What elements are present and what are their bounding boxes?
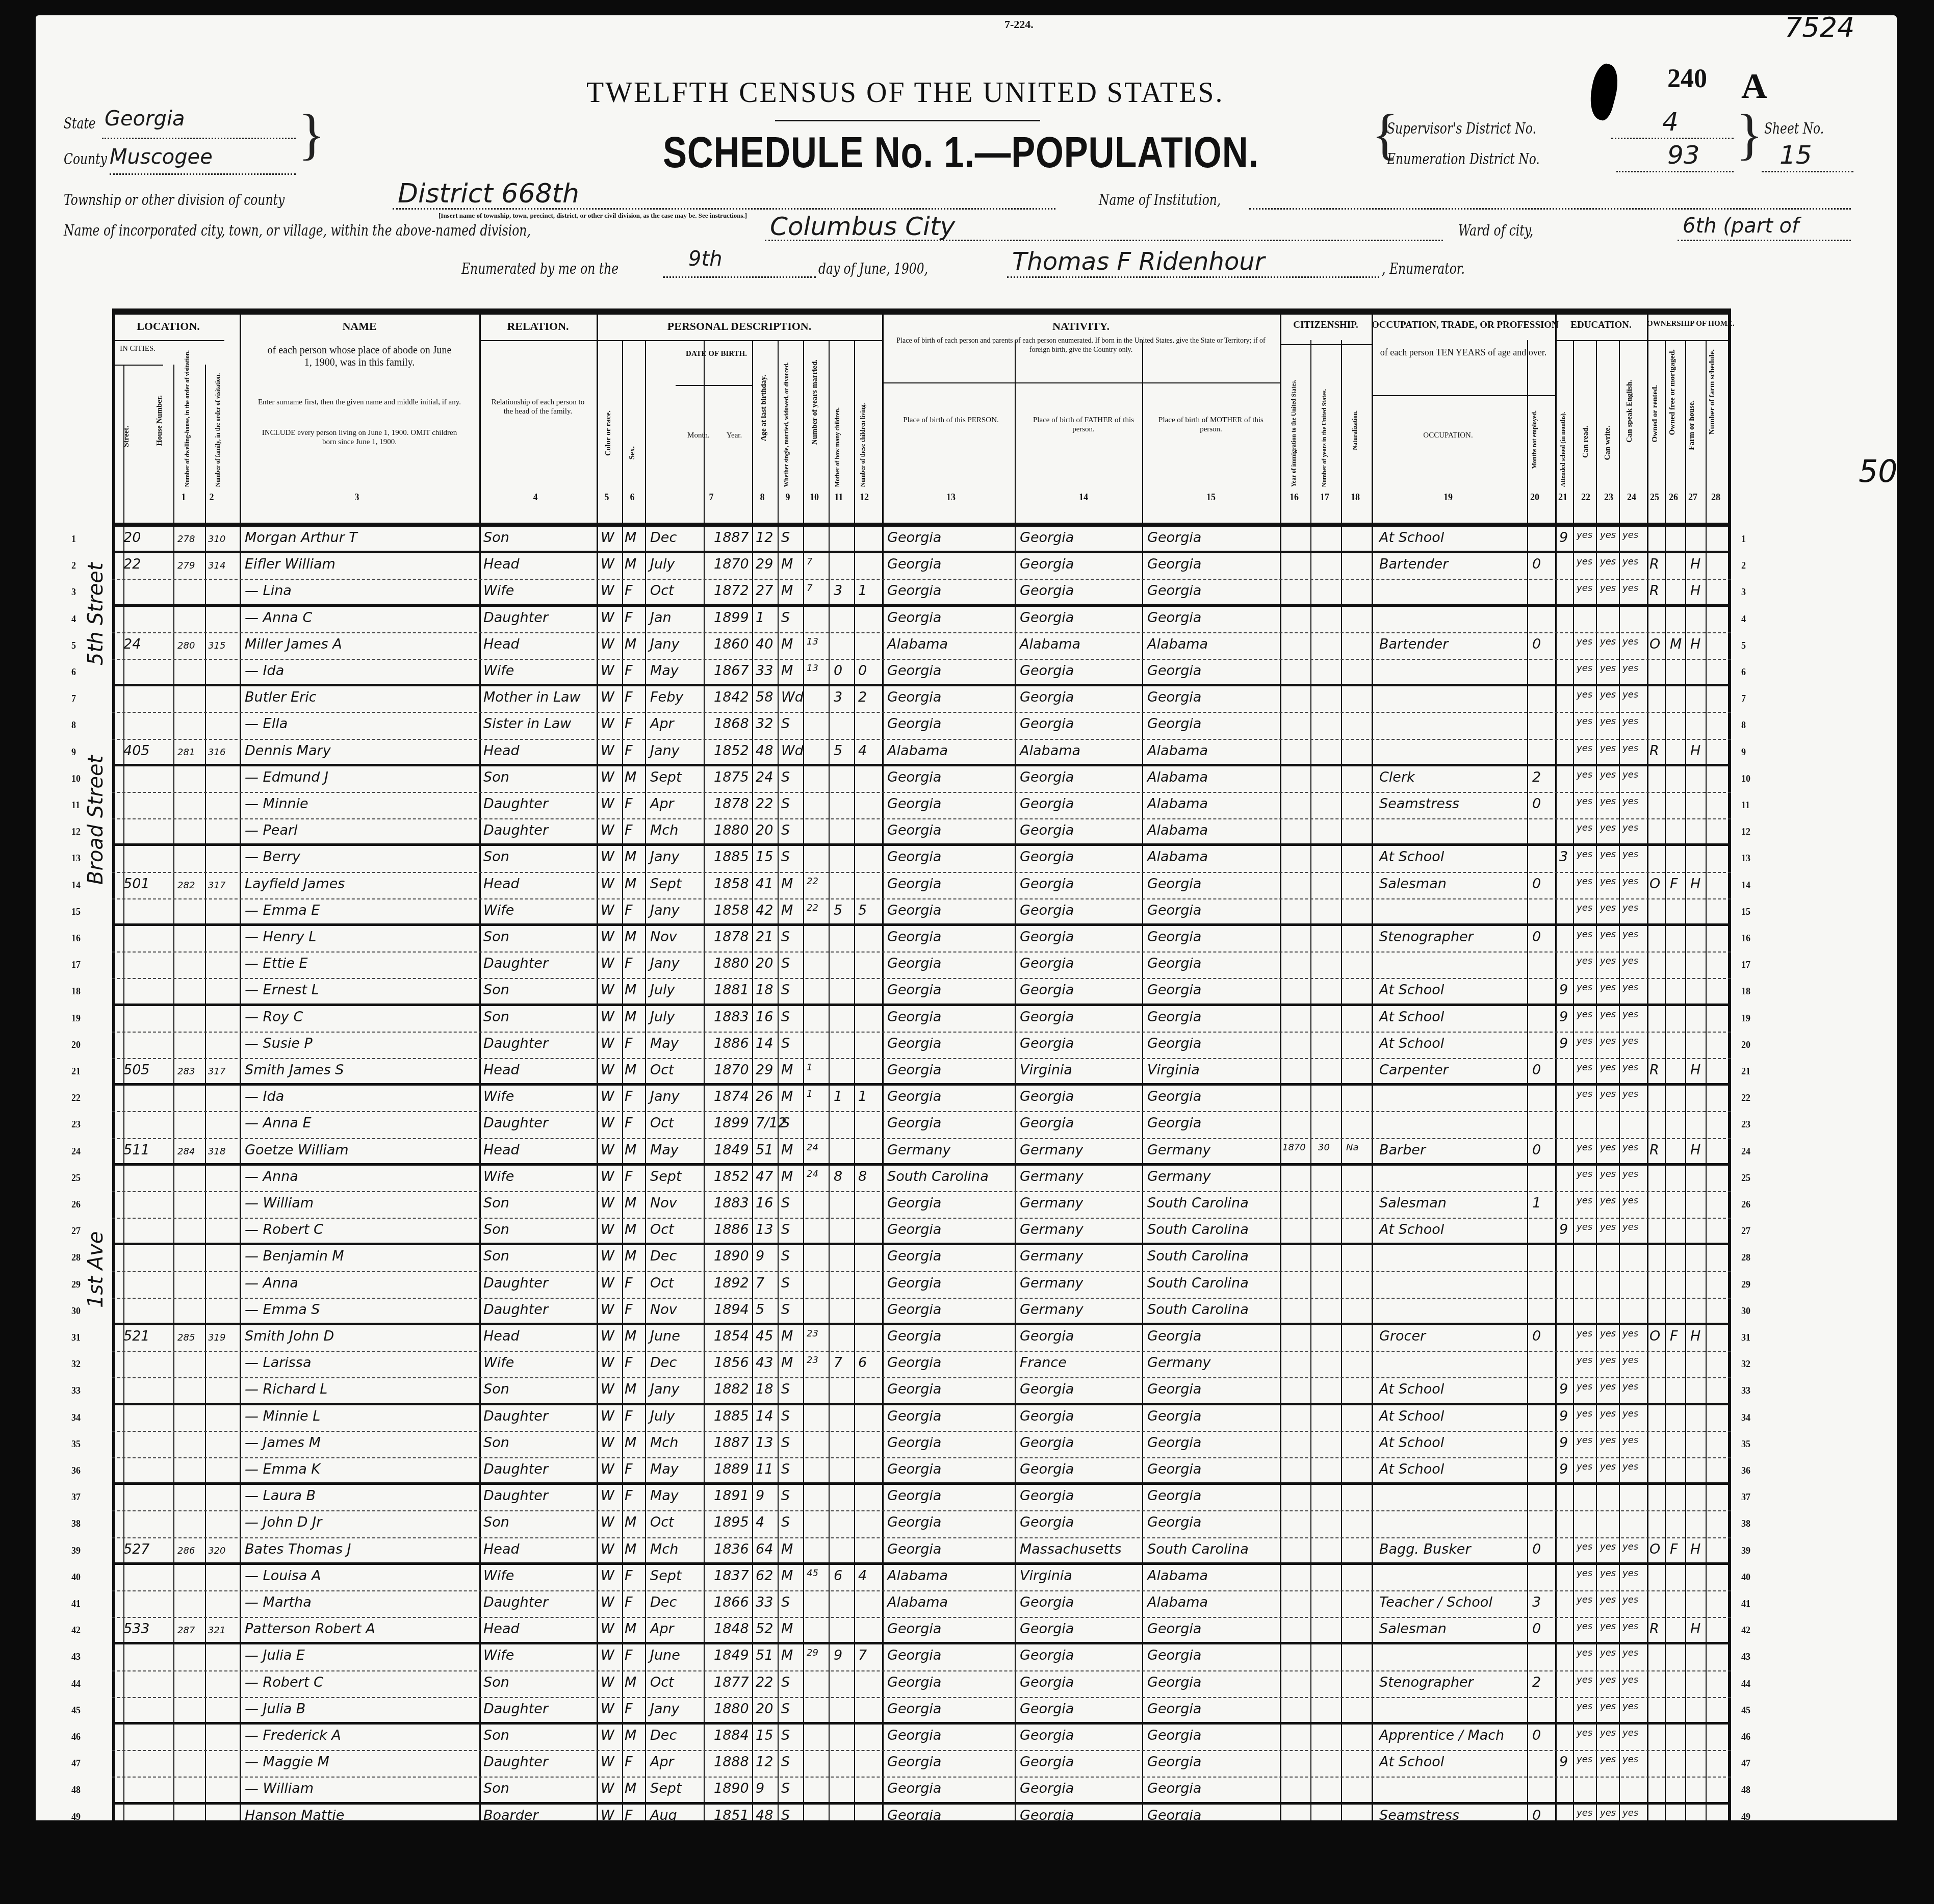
can-speak-english-cell: yes (1622, 1728, 1638, 1738)
can-write-cell: yes (1600, 769, 1616, 780)
line-number-left: 23 (71, 1119, 81, 1130)
birth-year-cell: 1852 (714, 1169, 749, 1185)
can-read-cell: yes (1577, 663, 1592, 674)
nativity-description: Place of birth of each person and parent… (887, 337, 1275, 355)
line-number-left: 22 (71, 1093, 81, 1103)
col-num: 13 (941, 492, 961, 503)
birthplace-person-cell: Georgia (887, 876, 941, 892)
birth-year-cell: 1874 (714, 1089, 749, 1104)
can-write-cell: yes (1600, 1675, 1616, 1685)
line-number: 4 (1741, 614, 1746, 625)
relation-cell: Daughter (483, 1701, 548, 1717)
mother-of-cell: 8 (834, 1169, 842, 1185)
birthplace-father-cell: Georgia (1020, 1701, 1074, 1717)
line-number: 12 (1741, 827, 1750, 837)
sex-cell: F (625, 689, 633, 705)
can-read-cell: yes (1577, 1435, 1592, 1446)
birthplace-person-cell: Georgia (887, 1488, 941, 1504)
mother-of-cell: 3 (834, 689, 842, 705)
birth-year-cell: 1856 (714, 1355, 749, 1371)
dwelling-number-cell: 282 (177, 880, 195, 891)
birthplace-mother-cell: Georgia (1147, 556, 1201, 572)
can-speak-english-cell: yes (1622, 1355, 1638, 1366)
birthplace-father-cell: Georgia (1020, 1648, 1074, 1663)
can-speak-english-cell: yes (1622, 743, 1638, 754)
sex-cell: M (625, 1222, 636, 1238)
occupation-cell: Stenographer (1379, 929, 1474, 945)
table-row: — WilliamSonWMNov188316SGeorgiaGermanySo… (112, 1192, 1731, 1219)
can-write-cell: yes (1600, 1009, 1616, 1020)
birthplace-person-cell: Georgia (887, 1328, 941, 1344)
can-read-cell: yes (1577, 1222, 1592, 1232)
birth-year-cell: 1858 (714, 903, 749, 918)
line-number-left: 12 (71, 827, 81, 837)
header-location: LOCATION. (112, 320, 224, 333)
table-row: — Emma EWifeWFJany185842M2255GeorgiaGeor… (112, 899, 1731, 926)
color-cell: W (601, 1275, 614, 1291)
birth-year-cell: 1889 (714, 1461, 749, 1477)
line-number: 37 (1741, 1492, 1750, 1503)
marital-status-cell: S (781, 716, 790, 732)
line-number: 26 (1741, 1199, 1750, 1210)
birthplace-mother-cell: Georgia (1147, 530, 1201, 546)
marital-status-cell: S (781, 1594, 790, 1610)
can-write-cell: yes (1600, 1036, 1616, 1046)
house-number-cell: 24 (123, 636, 141, 652)
birthplace-father-cell: Georgia (1020, 1381, 1074, 1397)
sex-cell: M (625, 849, 636, 865)
birthplace-father-cell: Georgia (1020, 716, 1074, 732)
birthplace-father-cell: Germany (1020, 1222, 1084, 1238)
ink-blot (1584, 61, 1623, 122)
relation-cell: Son (483, 1195, 509, 1211)
sex-cell: F (625, 1355, 633, 1371)
can-speak-header: Can speak English. (1626, 380, 1634, 443)
col-num: 9 (778, 492, 798, 503)
table-row: — Benjamin MSonWMDec18909SGeorgiaGermany… (112, 1245, 1731, 1272)
line-number-left: 30 (71, 1306, 81, 1317)
sheet-number-line (1762, 171, 1853, 172)
header-occupation: OCCUPATION, TRADE, OR PROFESSION (1372, 320, 1555, 331)
can-read-cell: yes (1577, 1408, 1592, 1419)
color-cell: W (601, 1675, 614, 1690)
can-read-cell: yes (1577, 1754, 1592, 1765)
months-unemployed-cell: 0 (1532, 1142, 1541, 1158)
relation-cell: Daughter (483, 1408, 548, 1424)
birth-month-cell: Jany (650, 636, 680, 652)
occupation-header: OCCUPATION. (1377, 431, 1519, 440)
marital-status-cell: M (781, 1541, 793, 1557)
table-row: 501282317Layfield JamesHeadWMSept185841M… (112, 873, 1731, 899)
person-name-cell: — Emma K (245, 1461, 320, 1477)
relation-cell: Sister in Law (483, 716, 571, 732)
line-number: 32 (1741, 1359, 1750, 1370)
sex-cell: F (625, 1275, 633, 1291)
enumeration-day-line (663, 276, 816, 278)
birthplace-person-cell: Georgia (887, 1222, 941, 1238)
relation-cell: Son (483, 769, 509, 785)
birth-year-cell: 1836 (714, 1541, 749, 1557)
relation-cell: Wife (483, 1089, 514, 1104)
person-name-cell: — Pearl (245, 822, 298, 838)
birth-month-cell: Dec (650, 1728, 677, 1743)
relation-cell: Son (483, 1675, 509, 1690)
can-write-cell: yes (1600, 1594, 1616, 1605)
birthplace-father-cell: Georgia (1020, 663, 1074, 679)
birthplace-mother-cell: South Carolina (1147, 1248, 1249, 1264)
mother-of-cell: 1 (834, 1089, 842, 1104)
years-married-cell: 23 (807, 1328, 818, 1339)
birthplace-mother-cell: Georgia (1147, 1728, 1201, 1743)
marital-status-cell: S (781, 1461, 790, 1477)
birthplace-mother-cell: Georgia (1147, 663, 1201, 679)
birthplace-mother-cell: Georgia (1147, 1381, 1201, 1397)
sex-cell: M (625, 1195, 636, 1211)
sex-cell: F (625, 1754, 633, 1770)
can-read-cell: yes (1577, 1728, 1592, 1738)
birthplace-mother-cell: Georgia (1147, 583, 1201, 599)
line-number: 20 (1741, 1040, 1750, 1050)
relation-cell: Daughter (483, 1275, 548, 1291)
birthplace-father-cell: Georgia (1020, 530, 1074, 546)
naturalization-cell: Na (1346, 1142, 1359, 1153)
birthplace-mother-cell: Alabama (1147, 769, 1208, 785)
sex-cell: F (625, 822, 633, 838)
person-name-cell: — Frederick A (245, 1728, 341, 1743)
birthplace-mother-cell: Georgia (1147, 1036, 1201, 1051)
relation-cell: Head (483, 876, 520, 892)
age-cell: 26 (756, 1089, 773, 1104)
can-speak-english-cell: yes (1622, 1701, 1638, 1712)
table-row: — AnnaDaughterWFOct18927SGeorgiaGermanyS… (112, 1272, 1731, 1299)
relation-cell: Head (483, 743, 520, 759)
birth-year-cell: 1883 (714, 1009, 749, 1025)
can-write-cell: yes (1600, 1648, 1616, 1658)
marital-status-cell: M (781, 876, 793, 892)
marital-status-cell: S (781, 1115, 790, 1131)
relation-cell: Head (483, 1541, 520, 1557)
person-name-cell: — Larissa (245, 1355, 311, 1371)
years-married-cell: 23 (807, 1355, 818, 1366)
person-name-cell: — Robert C (245, 1675, 323, 1690)
color-cell: W (601, 1381, 614, 1397)
line-number-left: 41 (71, 1599, 81, 1609)
can-write-cell: yes (1600, 1621, 1616, 1632)
birth-year-cell: 1883 (714, 1195, 749, 1211)
birthplace-person-cell: Georgia (887, 1754, 941, 1770)
birthplace-father-cell: Georgia (1020, 1435, 1074, 1451)
birth-month-cell: Mch (650, 1541, 678, 1557)
birth-year-cell: 1886 (714, 1222, 749, 1238)
line-number: 2 (1741, 560, 1746, 571)
sex-cell: M (625, 1541, 636, 1557)
marital-status-cell: S (781, 1675, 790, 1690)
line-number: 42 (1741, 1625, 1750, 1636)
line-number-left: 27 (71, 1226, 81, 1237)
line-number-left: 35 (71, 1439, 81, 1450)
person-name-cell: — Martha (245, 1594, 312, 1610)
header-ownership: OWNERSHIP OF HOME. (1647, 320, 1731, 328)
house-number-cell: 405 (123, 743, 150, 759)
owned-rented-cell: O (1649, 1328, 1660, 1344)
margin-tally: 50 (1859, 454, 1897, 490)
years-married-cell: 24 (807, 1169, 818, 1179)
farm-house-cell: H (1690, 1142, 1700, 1158)
occupation-cell: At School (1379, 1435, 1444, 1451)
table-row: 405281316Dennis MaryHeadWFJany185248Wd54… (112, 740, 1731, 766)
col-num: 23 (1598, 492, 1619, 503)
birthplace-father-cell: Germany (1020, 1248, 1084, 1264)
birthplace-mother-cell: Georgia (1147, 1115, 1201, 1131)
months-unemployed-cell: 0 (1532, 636, 1541, 652)
house-number-cell: 20 (123, 530, 141, 546)
can-write-cell: yes (1600, 956, 1616, 966)
birth-year-cell: 1837 (714, 1568, 749, 1584)
birthplace-mother-cell: Georgia (1147, 1514, 1201, 1530)
person-name-cell: — James M (245, 1435, 321, 1451)
person-name-cell: — Minnie (245, 796, 308, 812)
can-write-cell: yes (1600, 876, 1616, 887)
birthplace-mother-cell: Alabama (1147, 636, 1208, 652)
birth-month-cell: Sept (650, 1568, 681, 1584)
farm-house-cell: H (1690, 876, 1700, 892)
birth-month-cell: May (650, 1142, 679, 1158)
can-read-cell: yes (1577, 849, 1592, 860)
occupation-cell: At School (1379, 1009, 1444, 1025)
birth-month-cell: Jany (650, 743, 680, 759)
relation-cell: Son (483, 1222, 509, 1238)
marital-status-cell: S (781, 610, 790, 626)
can-speak-english-cell: yes (1622, 1541, 1638, 1552)
line-number-left: 19 (71, 1013, 81, 1024)
person-name-cell: — Emma S (245, 1302, 320, 1318)
age-cell: 14 (756, 1408, 773, 1424)
sex-cell: M (625, 1621, 636, 1637)
relation-cell: Wife (483, 663, 514, 679)
years-married-cell: 29 (807, 1648, 818, 1658)
birth-month-cell: Sept (650, 769, 681, 785)
line-number: 24 (1741, 1146, 1750, 1157)
can-write-cell: yes (1600, 636, 1616, 647)
birthplace-person-cell: Germany (887, 1142, 951, 1158)
can-speak-english-cell: yes (1622, 1754, 1638, 1765)
occupation-cell: Bartender (1379, 636, 1448, 652)
marital-status-cell: M (781, 903, 793, 918)
can-write-cell: yes (1600, 1701, 1616, 1712)
enumeration-month-year: day of June, 1900, (818, 260, 928, 278)
relation-cell: Daughter (483, 1302, 548, 1318)
city-label: Name of incorporated city, town, or vill… (64, 222, 531, 240)
birthplace-mother-cell: South Carolina (1147, 1195, 1249, 1211)
birth-month-cell: Jany (650, 903, 680, 918)
birthplace-mother-cell: Alabama (1147, 849, 1208, 865)
supervisor-district-value: 4 (1662, 107, 1679, 137)
attended-school-header: Attended school (in months). (1559, 349, 1567, 487)
marital-status-cell: M (781, 1568, 793, 1584)
sex-cell: F (625, 1089, 633, 1104)
years-in-us-cell: 30 (1318, 1142, 1330, 1153)
birthplace-father-cell: Georgia (1020, 610, 1074, 626)
person-name-cell: — Ernest L (245, 982, 319, 998)
birth-year-cell: 1880 (714, 822, 749, 838)
can-read-cell: yes (1577, 1594, 1592, 1605)
birth-year-cell: 1884 (714, 1728, 749, 1743)
birthplace-father-cell: Virginia (1020, 1568, 1072, 1584)
age-cell: 33 (756, 663, 773, 679)
age-cell: 32 (756, 716, 773, 732)
line-number-left: 45 (71, 1705, 81, 1716)
color-cell: W (601, 1701, 614, 1717)
age-cell: 12 (756, 530, 773, 546)
color-cell: W (601, 1648, 614, 1663)
line-number: 22 (1741, 1093, 1750, 1103)
marital-status-cell: M (781, 1169, 793, 1185)
marital-status-cell: S (781, 956, 790, 971)
birthplace-father-cell: Georgia (1020, 876, 1074, 892)
age-cell: 58 (756, 689, 773, 705)
age-cell: 5 (756, 1302, 764, 1318)
table-row: — MarthaDaughterWFDec186633SAlabamaGeorg… (112, 1591, 1731, 1618)
age-cell: 14 (756, 1036, 773, 1051)
family-number-cell: 317 (208, 1066, 225, 1077)
family-number-cell: 314 (208, 560, 225, 571)
sheet-letter: A (1741, 66, 1767, 107)
street-1st-ave: 1st Ave (84, 1145, 108, 1308)
birthplace-father-cell: Georgia (1020, 1781, 1074, 1796)
line-number: 5 (1741, 640, 1746, 651)
birth-month-cell: Apr (650, 796, 674, 812)
birthplace-father-cell: Georgia (1020, 903, 1074, 918)
can-speak-english-cell: yes (1622, 903, 1638, 913)
line-number-left: 16 (71, 933, 81, 944)
marital-status-cell: S (781, 1248, 790, 1264)
header-nativity: NATIVITY. (882, 320, 1280, 333)
can-write-cell: yes (1600, 1408, 1616, 1419)
sex-cell: M (625, 1675, 636, 1690)
occupation-cell: Salesman (1379, 1195, 1447, 1211)
col-num: 18 (1345, 492, 1365, 503)
col-num: 28 (1706, 492, 1726, 503)
relation-cell: Son (483, 1435, 509, 1451)
header-personal-description: PERSONAL DESCRIPTION. (597, 320, 882, 333)
birth-year-cell: 1877 (714, 1675, 749, 1690)
dob-header: DATE OF BIRTH. (686, 349, 747, 358)
marital-status-cell: Wd (781, 743, 804, 759)
can-write-cell: yes (1600, 1062, 1616, 1073)
table-row: 505283317Smith James SHeadWMOct187029M1G… (112, 1059, 1731, 1086)
person-name-cell: — Susie P (245, 1036, 313, 1051)
birth-month-cell: Dec (650, 1594, 677, 1610)
occupation-cell: Salesman (1379, 1621, 1447, 1637)
children-living-cell: 5 (858, 903, 867, 918)
family-number-cell: 316 (208, 747, 225, 758)
person-name-cell: — Richard L (245, 1381, 327, 1397)
line-number-left: 48 (71, 1785, 81, 1795)
line-number: 3 (1741, 587, 1746, 598)
birthplace-mother-cell: Georgia (1147, 716, 1201, 732)
birthplace-mother-cell: Alabama (1147, 1594, 1208, 1610)
family-number-cell: 318 (208, 1146, 225, 1157)
birthplace-person-cell: Georgia (887, 1355, 941, 1371)
birthplace-person-cell: Georgia (887, 1408, 941, 1424)
age-cell: 41 (756, 876, 773, 892)
line-number-left: 17 (71, 960, 81, 970)
farm-house-cell: H (1690, 1541, 1700, 1557)
mother-of-cell: 0 (834, 663, 842, 679)
can-read-cell: yes (1577, 1675, 1592, 1685)
birth-year-cell: 1872 (714, 583, 749, 599)
family-number-cell: 310 (208, 534, 225, 545)
person-name-cell: — Edmund J (245, 769, 328, 785)
can-write-cell: yes (1600, 743, 1616, 754)
age-cell: 20 (756, 956, 773, 971)
birthplace-father-cell: Georgia (1020, 1514, 1074, 1530)
birthplace-father-cell: Georgia (1020, 1675, 1074, 1690)
free-mortgaged-cell: F (1670, 1328, 1678, 1344)
col-num: 19 (1438, 492, 1458, 503)
can-write-cell: yes (1600, 1195, 1616, 1206)
year-header: Year. (716, 431, 752, 440)
birthplace-mother-cell: Germany (1147, 1142, 1211, 1158)
can-speak-english-cell: yes (1622, 1222, 1638, 1232)
can-write-cell: yes (1600, 1461, 1616, 1472)
line-number-left: 32 (71, 1359, 81, 1370)
title-divider (775, 120, 1040, 121)
children-living-cell: 1 (858, 1089, 867, 1104)
age-cell: 45 (756, 1328, 773, 1344)
township-line (393, 208, 1055, 210)
family-number-cell: 317 (208, 880, 225, 891)
marital-status-cell: M (781, 1648, 793, 1663)
occupation-cell: Grocer (1379, 1328, 1426, 1344)
line-number: 43 (1741, 1652, 1750, 1662)
can-speak-english-cell: yes (1622, 876, 1638, 887)
person-name-cell: Morgan Arthur T (245, 530, 357, 546)
line-number: 14 (1741, 880, 1750, 891)
can-speak-english-cell: yes (1622, 663, 1638, 674)
birthplace-person-cell: Georgia (887, 1248, 941, 1264)
table-row: — EllaSister in LawWFApr186832SGeorgiaGe… (112, 713, 1731, 739)
birthplace-father-cell: Georgia (1020, 1461, 1074, 1477)
birth-year-cell: 1892 (714, 1275, 749, 1291)
sex-cell: F (625, 1568, 633, 1584)
can-speak-english-cell: yes (1622, 1328, 1638, 1339)
line-number-left: 1 (71, 534, 76, 545)
sex-cell: F (625, 903, 633, 918)
line-number-left: 2 (71, 560, 76, 571)
birthplace-mother-cell: Georgia (1147, 1621, 1201, 1637)
dwelling-number-cell: 280 (177, 640, 195, 651)
birthplace-mother-cell: South Carolina (1147, 1541, 1249, 1557)
birth-month-cell: Oct (650, 1275, 674, 1291)
can-speak-english-cell: yes (1622, 1435, 1638, 1446)
color-cell: W (601, 1169, 614, 1185)
line-number: 8 (1741, 720, 1746, 731)
col-num: 15 (1201, 492, 1221, 503)
table-row: 527286320Bates Thomas JHeadWMMch183664MG… (112, 1538, 1731, 1565)
header-education: EDUCATION. (1555, 320, 1647, 331)
sex-cell: M (625, 530, 636, 546)
county-value: Muscogee (110, 145, 213, 169)
line-number-left: 38 (71, 1519, 81, 1529)
sex-cell: M (625, 1248, 636, 1264)
line-number: 18 (1741, 986, 1750, 997)
can-read-cell: yes (1577, 1169, 1592, 1179)
birthplace-person-cell: Georgia (887, 769, 941, 785)
age-cell: 9 (756, 1488, 764, 1504)
occupation-description: of each person TEN YEARS of age and over… (1377, 347, 1550, 358)
age-cell: 22 (756, 1675, 773, 1690)
